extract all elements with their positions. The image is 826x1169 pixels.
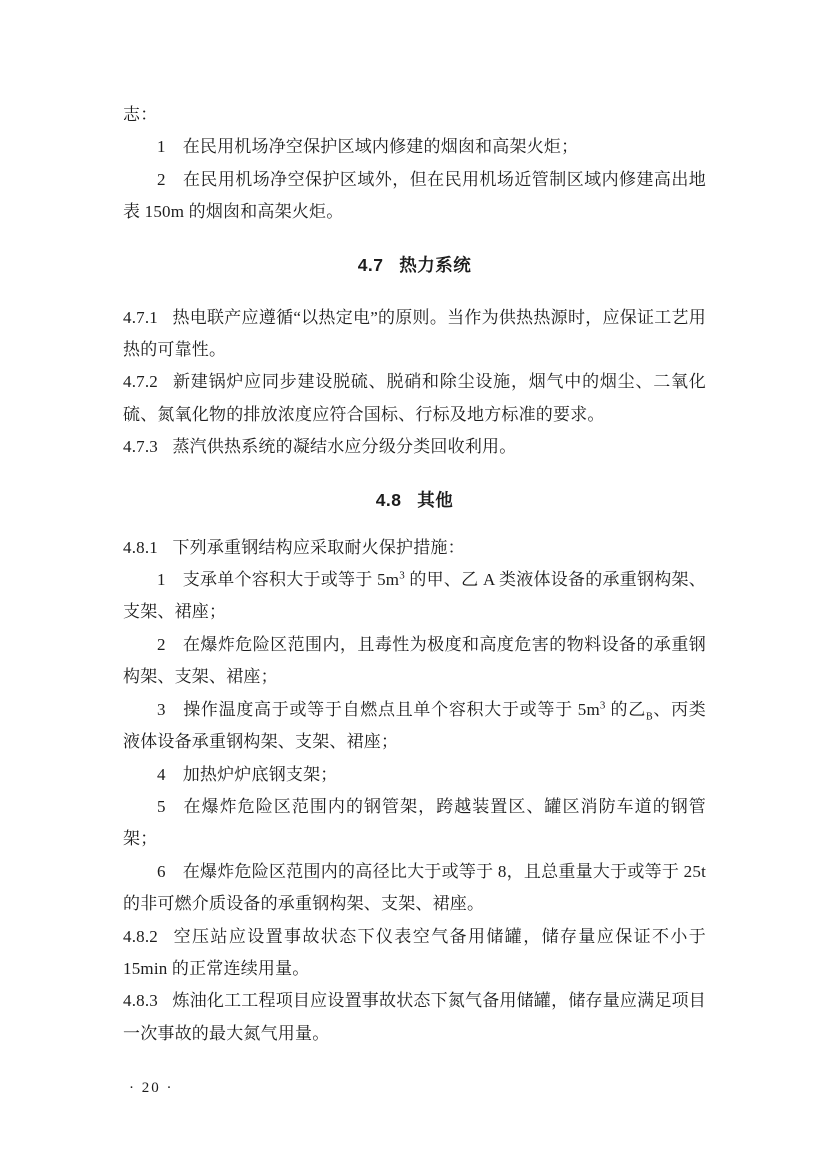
- page-number: · 20 ·: [129, 1078, 174, 1098]
- clause-4-8-2: 4.8.2空压站应设置事故状态下仪表空气备用储罐，储存量应保证不小于 15min…: [123, 921, 706, 986]
- item-number: 1: [157, 570, 166, 589]
- list-item-airport-2: 2在民用机场净空保护区域外，但在民用机场近管制区域内修建高出地表 150m 的烟…: [123, 164, 706, 229]
- clause-number: 4.7.3: [123, 437, 158, 456]
- item-text: 在民用机场净空保护区域外，但在民用机场近管制区域内修建高出地表 150m 的烟囱…: [123, 170, 706, 221]
- clause-text: 炼油化工工程项目应设置事故状态下氮气备用储罐，储存量应满足项目一次事故的最大氮气…: [123, 991, 706, 1042]
- clause-text: 下列承重钢结构应采取耐火保护措施：: [172, 538, 464, 557]
- clause-4-8-1: 4.8.1下列承重钢结构应采取耐火保护措施：: [123, 532, 706, 564]
- clause-text: 空压站应设置事故状态下仪表空气备用储罐，储存量应保证不小于 15min 的正常连…: [123, 927, 706, 978]
- clause-text: 热电联产应遵循“以热定电”的原则。当作为供热热源时，应保证工艺用热的可靠性。: [123, 308, 706, 359]
- heading-number: 4.8: [376, 490, 402, 510]
- item-number: 5: [157, 797, 166, 816]
- clause-number: 4.7.2: [123, 372, 158, 391]
- item-text: 在爆炸危险区范围内，且毒性为极度和高度危害的物料设备的承重钢构架、支架、裙座；: [123, 635, 706, 686]
- list-item-steel-5: 5在爆炸危险区范围内的钢管架，跨越装置区、罐区消防车道的钢管架；: [123, 791, 706, 856]
- document-page: 志： 1在民用机场净空保护区域内修建的烟囱和高架火炬； 2在民用机场净空保护区域…: [0, 0, 826, 1169]
- list-item-steel-6: 6在爆炸危险区范围内的高径比大于或等于 8，且总重量大于或等于 25t 的非可燃…: [123, 856, 706, 921]
- item-number: 3: [157, 700, 166, 719]
- heading-title: 热力系统: [399, 255, 471, 275]
- clause-number: 4.8.3: [123, 991, 158, 1010]
- clause-text: 蒸汽供热系统的凝结水应分级分类回收利用。: [172, 437, 516, 456]
- clause-4-7-1: 4.7.1热电联产应遵循“以热定电”的原则。当作为供热热源时，应保证工艺用热的可…: [123, 302, 706, 367]
- page-content: 志： 1在民用机场净空保护区域内修建的烟囱和高架火炬； 2在民用机场净空保护区域…: [123, 99, 706, 1050]
- clause-4-8-3: 4.8.3炼油化工工程项目应设置事故状态下氮气备用储罐，储存量应满足项目一次事故…: [123, 985, 706, 1050]
- heading-number: 4.7: [358, 255, 384, 275]
- clause-number: 4.8.1: [123, 538, 158, 557]
- clause-4-7-2: 4.7.2新建锅炉应同步建设脱硫、脱硝和除尘设施，烟气中的烟尘、二氧化硫、氮氧化…: [123, 366, 706, 431]
- item-number: 4: [157, 765, 166, 784]
- clause-4-7-3: 4.7.3蒸汽供热系统的凝结水应分级分类回收利用。: [123, 431, 706, 463]
- carryover-paragraph: 志：: [123, 99, 706, 131]
- section-heading-4-8: 4.8其他: [123, 484, 706, 516]
- section-heading-4-7: 4.7热力系统: [123, 249, 706, 281]
- item-text: 在爆炸危险区范围内的钢管架，跨越装置区、罐区消防车道的钢管架；: [123, 797, 706, 848]
- list-item-steel-1: 1支承单个容积大于或等于 5m3 的甲、乙 A 类液体设备的承重钢构架、支架、裙…: [123, 564, 706, 629]
- item-number: 2: [157, 635, 166, 654]
- subscript: B: [646, 711, 653, 722]
- item-text-mid: 的乙: [606, 700, 646, 719]
- carryover-text: 志：: [123, 105, 157, 124]
- item-number: 6: [157, 862, 166, 881]
- clause-number: 4.8.2: [123, 927, 158, 946]
- list-item-airport-1: 1在民用机场净空保护区域内修建的烟囱和高架火炬；: [123, 131, 706, 163]
- item-text-pre: 操作温度高于或等于自燃点且单个容积大于或等于 5m: [183, 700, 600, 719]
- item-text-pre: 支承单个容积大于或等于 5m: [183, 570, 400, 589]
- item-text: 在民用机场净空保护区域内修建的烟囱和高架火炬；: [183, 137, 579, 156]
- heading-title: 其他: [417, 490, 453, 510]
- list-item-steel-4: 4加热炉炉底钢支架；: [123, 759, 706, 791]
- list-item-steel-3: 3操作温度高于或等于自燃点且单个容积大于或等于 5m3 的乙B、丙类液体设备承重…: [123, 694, 706, 759]
- clause-text: 新建锅炉应同步建设脱硫、脱硝和除尘设施，烟气中的烟尘、二氧化硫、氮氧化物的排放浓…: [123, 372, 706, 423]
- item-number: 2: [157, 170, 166, 189]
- item-number: 1: [157, 137, 166, 156]
- item-text: 加热炉炉底钢支架；: [183, 765, 338, 784]
- item-text: 在爆炸危险区范围内的高径比大于或等于 8，且总重量大于或等于 25t 的非可燃介…: [123, 862, 706, 913]
- list-item-steel-2: 2在爆炸危险区范围内，且毒性为极度和高度危害的物料设备的承重钢构架、支架、裙座；: [123, 629, 706, 694]
- clause-number: 4.7.1: [123, 308, 158, 327]
